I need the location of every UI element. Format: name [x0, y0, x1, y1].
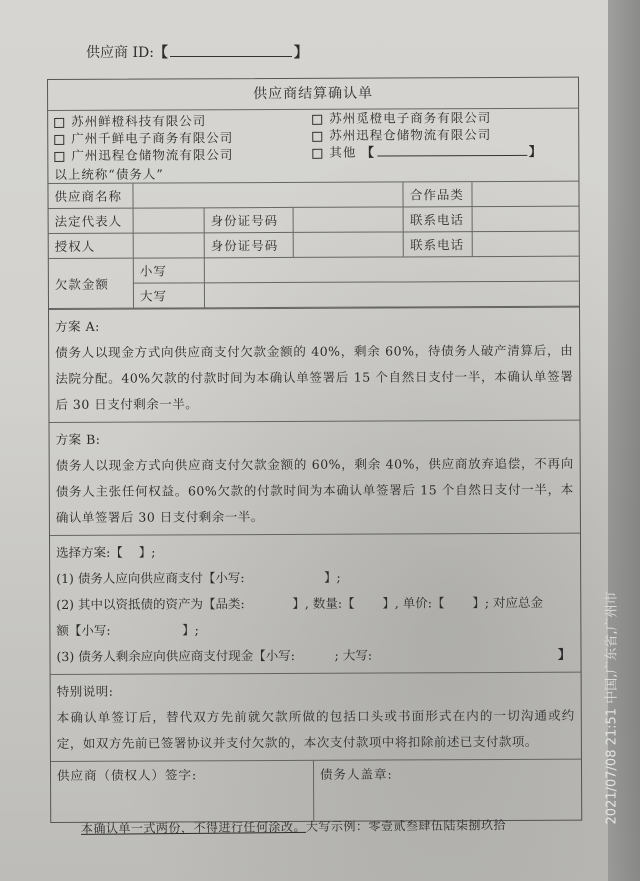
supplier-id-field[interactable]	[170, 44, 292, 57]
plan-a-section: 方案 A: 债务人以现金方式向供应商支付欠款金额的 40%，剩余 60%，待债务…	[49, 308, 579, 423]
debtor-option[interactable]: 广州迅程仓储物流有限公司	[54, 146, 233, 164]
checkbox-icon[interactable]	[54, 117, 64, 127]
label-uppercase: 大写	[133, 283, 204, 308]
authorized-id-field[interactable]	[293, 232, 403, 257]
supplier-name-field[interactable]	[133, 182, 403, 208]
legal-rep-id-field[interactable]	[293, 207, 403, 232]
label-legal-rep: 法定代表人	[49, 208, 134, 233]
special-note-title: 特别说明:	[57, 677, 575, 705]
signature-section: 供应商（债权人）签字: 债务人盖章:	[51, 760, 581, 822]
payment-line-2[interactable]: (2) 其中以资抵债的资产为【品类: 】, 数量:【 】, 单价:【 】; 对应…	[56, 590, 574, 618]
checkbox-icon[interactable]	[54, 151, 64, 161]
debtor-label: 广州迅程仓储物流有限公司	[71, 147, 233, 163]
special-note-text: 本确认单签订后，替代双方先前就欠款所做的包括口头或书面形式在内的一切沟通或约定，…	[57, 703, 575, 757]
category-field[interactable]	[472, 182, 578, 207]
bracket-open: 【	[361, 145, 375, 160]
other-field[interactable]	[377, 144, 527, 157]
footer-example: 大写示例：零壹贰叁肆伍陆柒捌玖拾	[306, 818, 506, 834]
debtor-label: 苏州鲜橙科技有限公司	[71, 113, 206, 129]
authorized-phone-field[interactable]	[473, 231, 579, 256]
bracket-open: 【	[154, 45, 168, 61]
debtor-label: 苏州迅程仓储物流有限公司	[329, 127, 491, 143]
other-label: 其他	[329, 145, 356, 160]
label-category: 合作品类	[403, 182, 472, 207]
supplier-signature-field[interactable]: 供应商（债权人）签字:	[51, 761, 314, 822]
footer-underlined: 本确认单一式两份，不得进行任何涂改。	[81, 820, 306, 836]
debtor-list: 苏州鲜橙科技有限公司 广州千鲜电子商务有限公司 广州迅程仓储物流有限公司 苏州觅…	[48, 109, 578, 184]
bracket-close: 】	[529, 144, 543, 159]
form-title: 供应商结算确认单	[48, 78, 578, 111]
payment-line-2b[interactable]: 额【小写: 】;	[56, 616, 574, 644]
supplier-id-label: 供应商 ID:	[86, 45, 154, 61]
label-id-number: 身份证号码	[204, 207, 293, 232]
supplier-id-line: 供应商 ID:【】	[86, 42, 308, 62]
payment-line-1[interactable]: (1) 债务人应向供应商支付【小写: 】;	[56, 564, 574, 592]
collective-note: 以上统称“债务人”	[54, 164, 163, 182]
payment-line-3[interactable]: (3) 债务人剩余应向供应商支付现金【小写: ; 大写: 】	[56, 642, 574, 670]
debtor-option-other[interactable]: 其他 【】	[312, 143, 542, 161]
plan-b-section: 方案 B: 债务人以现金方式向供应商支付欠款金额的 60%，剩余 40%，供应商…	[50, 421, 580, 536]
info-table-row: 供应商名称 合作品类 法定代表人 身份证号码 联系电话 授权人 身份证号码 联系…	[48, 182, 579, 310]
plan-b-title: 方案 B:	[56, 425, 574, 453]
label-phone: 联系电话	[404, 232, 473, 257]
label-debt-amount: 欠款金额	[49, 258, 134, 308]
debtor-option[interactable]: 广州千鲜电子商务有限公司	[54, 129, 233, 147]
payment-line-3-text: (3) 债务人剩余应向供应商支付现金【小写: ; 大写:	[56, 648, 372, 664]
settlement-form: 供应商结算确认单 苏州鲜橙科技有限公司 广州千鲜电子商务有限公司 广州迅程仓储物…	[47, 77, 582, 823]
plan-choice-section: 选择方案:【 】; (1) 债务人应向供应商支付【小写: 】; (2) 其中以资…	[50, 534, 581, 675]
checkbox-icon[interactable]	[312, 131, 322, 141]
special-note-section: 特别说明: 本确认单签订后，替代双方先前就欠款所做的包括口头或书面形式在内的一切…	[51, 673, 581, 762]
plan-a-title: 方案 A:	[55, 312, 573, 340]
debt-lowercase-field[interactable]	[204, 256, 579, 283]
bracket-close: 】	[294, 45, 308, 61]
legal-rep-field[interactable]	[133, 208, 204, 233]
debtor-seal-field[interactable]: 债务人盖章:	[314, 760, 399, 820]
debt-uppercase-field[interactable]	[204, 281, 579, 308]
plan-b-text: 债务人以现金方式向供应商支付欠款金额的 60%，剩余 40%，供应商放弃追偿，不…	[56, 451, 574, 531]
label-supplier-name: 供应商名称	[48, 184, 133, 209]
select-plan-line[interactable]: 选择方案:【 】;	[56, 538, 574, 566]
debtor-option[interactable]: 苏州鲜橙科技有限公司	[54, 112, 233, 130]
info-table: 供应商名称 合作品类 法定代表人 身份证号码 联系电话 授权人 身份证号码 联系…	[48, 182, 579, 309]
photo-timestamp-text: 2021/07/08 21:51 中国,广东省,广州市	[601, 592, 620, 825]
photo-timestamp: 2021/07/08 21:51 中国,广东省,广州市	[590, 548, 630, 868]
legal-rep-phone-field[interactable]	[472, 206, 578, 231]
label-id-number: 身份证号码	[204, 232, 293, 257]
checkbox-icon[interactable]	[312, 148, 322, 158]
checkbox-icon[interactable]	[54, 134, 64, 144]
label-phone: 联系电话	[403, 207, 472, 232]
debtor-label: 苏州觅橙电子商务有限公司	[329, 110, 491, 126]
checkbox-icon[interactable]	[312, 114, 322, 124]
label-authorized: 授权人	[49, 233, 134, 258]
label-lowercase: 小写	[133, 258, 204, 283]
authorized-field[interactable]	[133, 233, 204, 258]
plan-a-text: 债务人以现金方式向供应商支付欠款金额的 40%，剩余 60%，待债务人破产清算后…	[55, 338, 573, 418]
debtor-option[interactable]: 苏州迅程仓储物流有限公司	[312, 126, 542, 144]
bracket-close: 】	[558, 642, 571, 668]
debtor-option[interactable]: 苏州觅橙电子商务有限公司	[312, 109, 542, 127]
debtor-label: 广州千鲜电子商务有限公司	[71, 130, 233, 146]
